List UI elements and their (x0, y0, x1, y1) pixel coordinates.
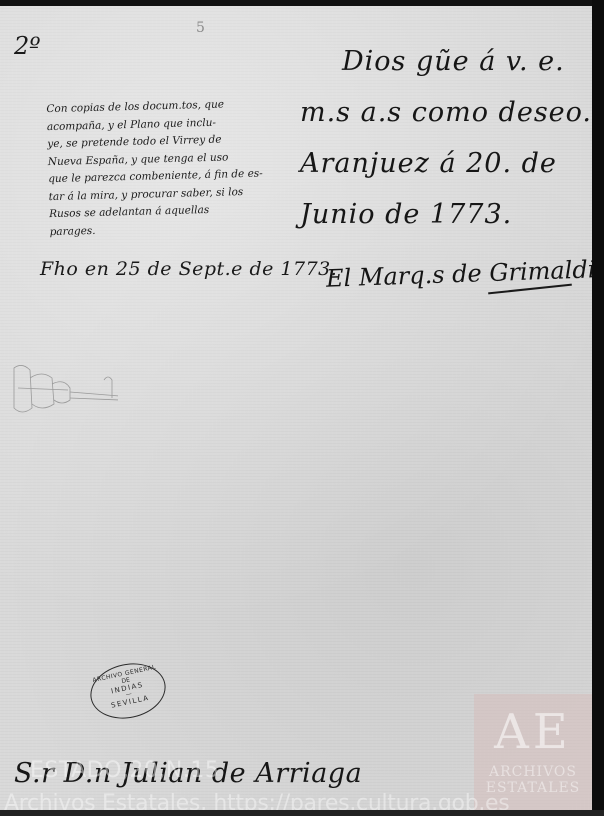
folio-number: 2º (14, 32, 41, 60)
closing-line: m.s a.s como deseo. (296, 87, 586, 138)
scan-bottom-border (0, 810, 604, 816)
closing-formula: Dios gũe á v. e. m.s a.s como deseo. Ara… (296, 36, 586, 240)
closing-line: Dios gũe á v. e. (296, 36, 586, 87)
marginal-note: Con copias de los docum.tos, que acompañ… (46, 95, 290, 241)
logo-text: ARCHIVOS (474, 764, 592, 780)
manuscript-page: 2º 5 Con copias de los docum.tos, que ac… (0, 6, 592, 810)
closing-line: Junio de 1773. (296, 189, 586, 240)
decree-date: Fho en 25 de Sept.e de 1773. (40, 258, 337, 280)
closing-line: Aranjuez á 20. de (296, 138, 586, 189)
ae-logo-mark: AE (474, 704, 592, 760)
archive-stamp: ARCHIVO GENERAL DE INDIAS — SEVILLA (85, 657, 171, 726)
pencil-page-number: 5 (196, 20, 205, 36)
pencil-sketch-icon (8, 358, 118, 428)
collection-watermark: ESTADO,20,N.15 (30, 758, 219, 783)
scan-right-border (592, 0, 604, 816)
